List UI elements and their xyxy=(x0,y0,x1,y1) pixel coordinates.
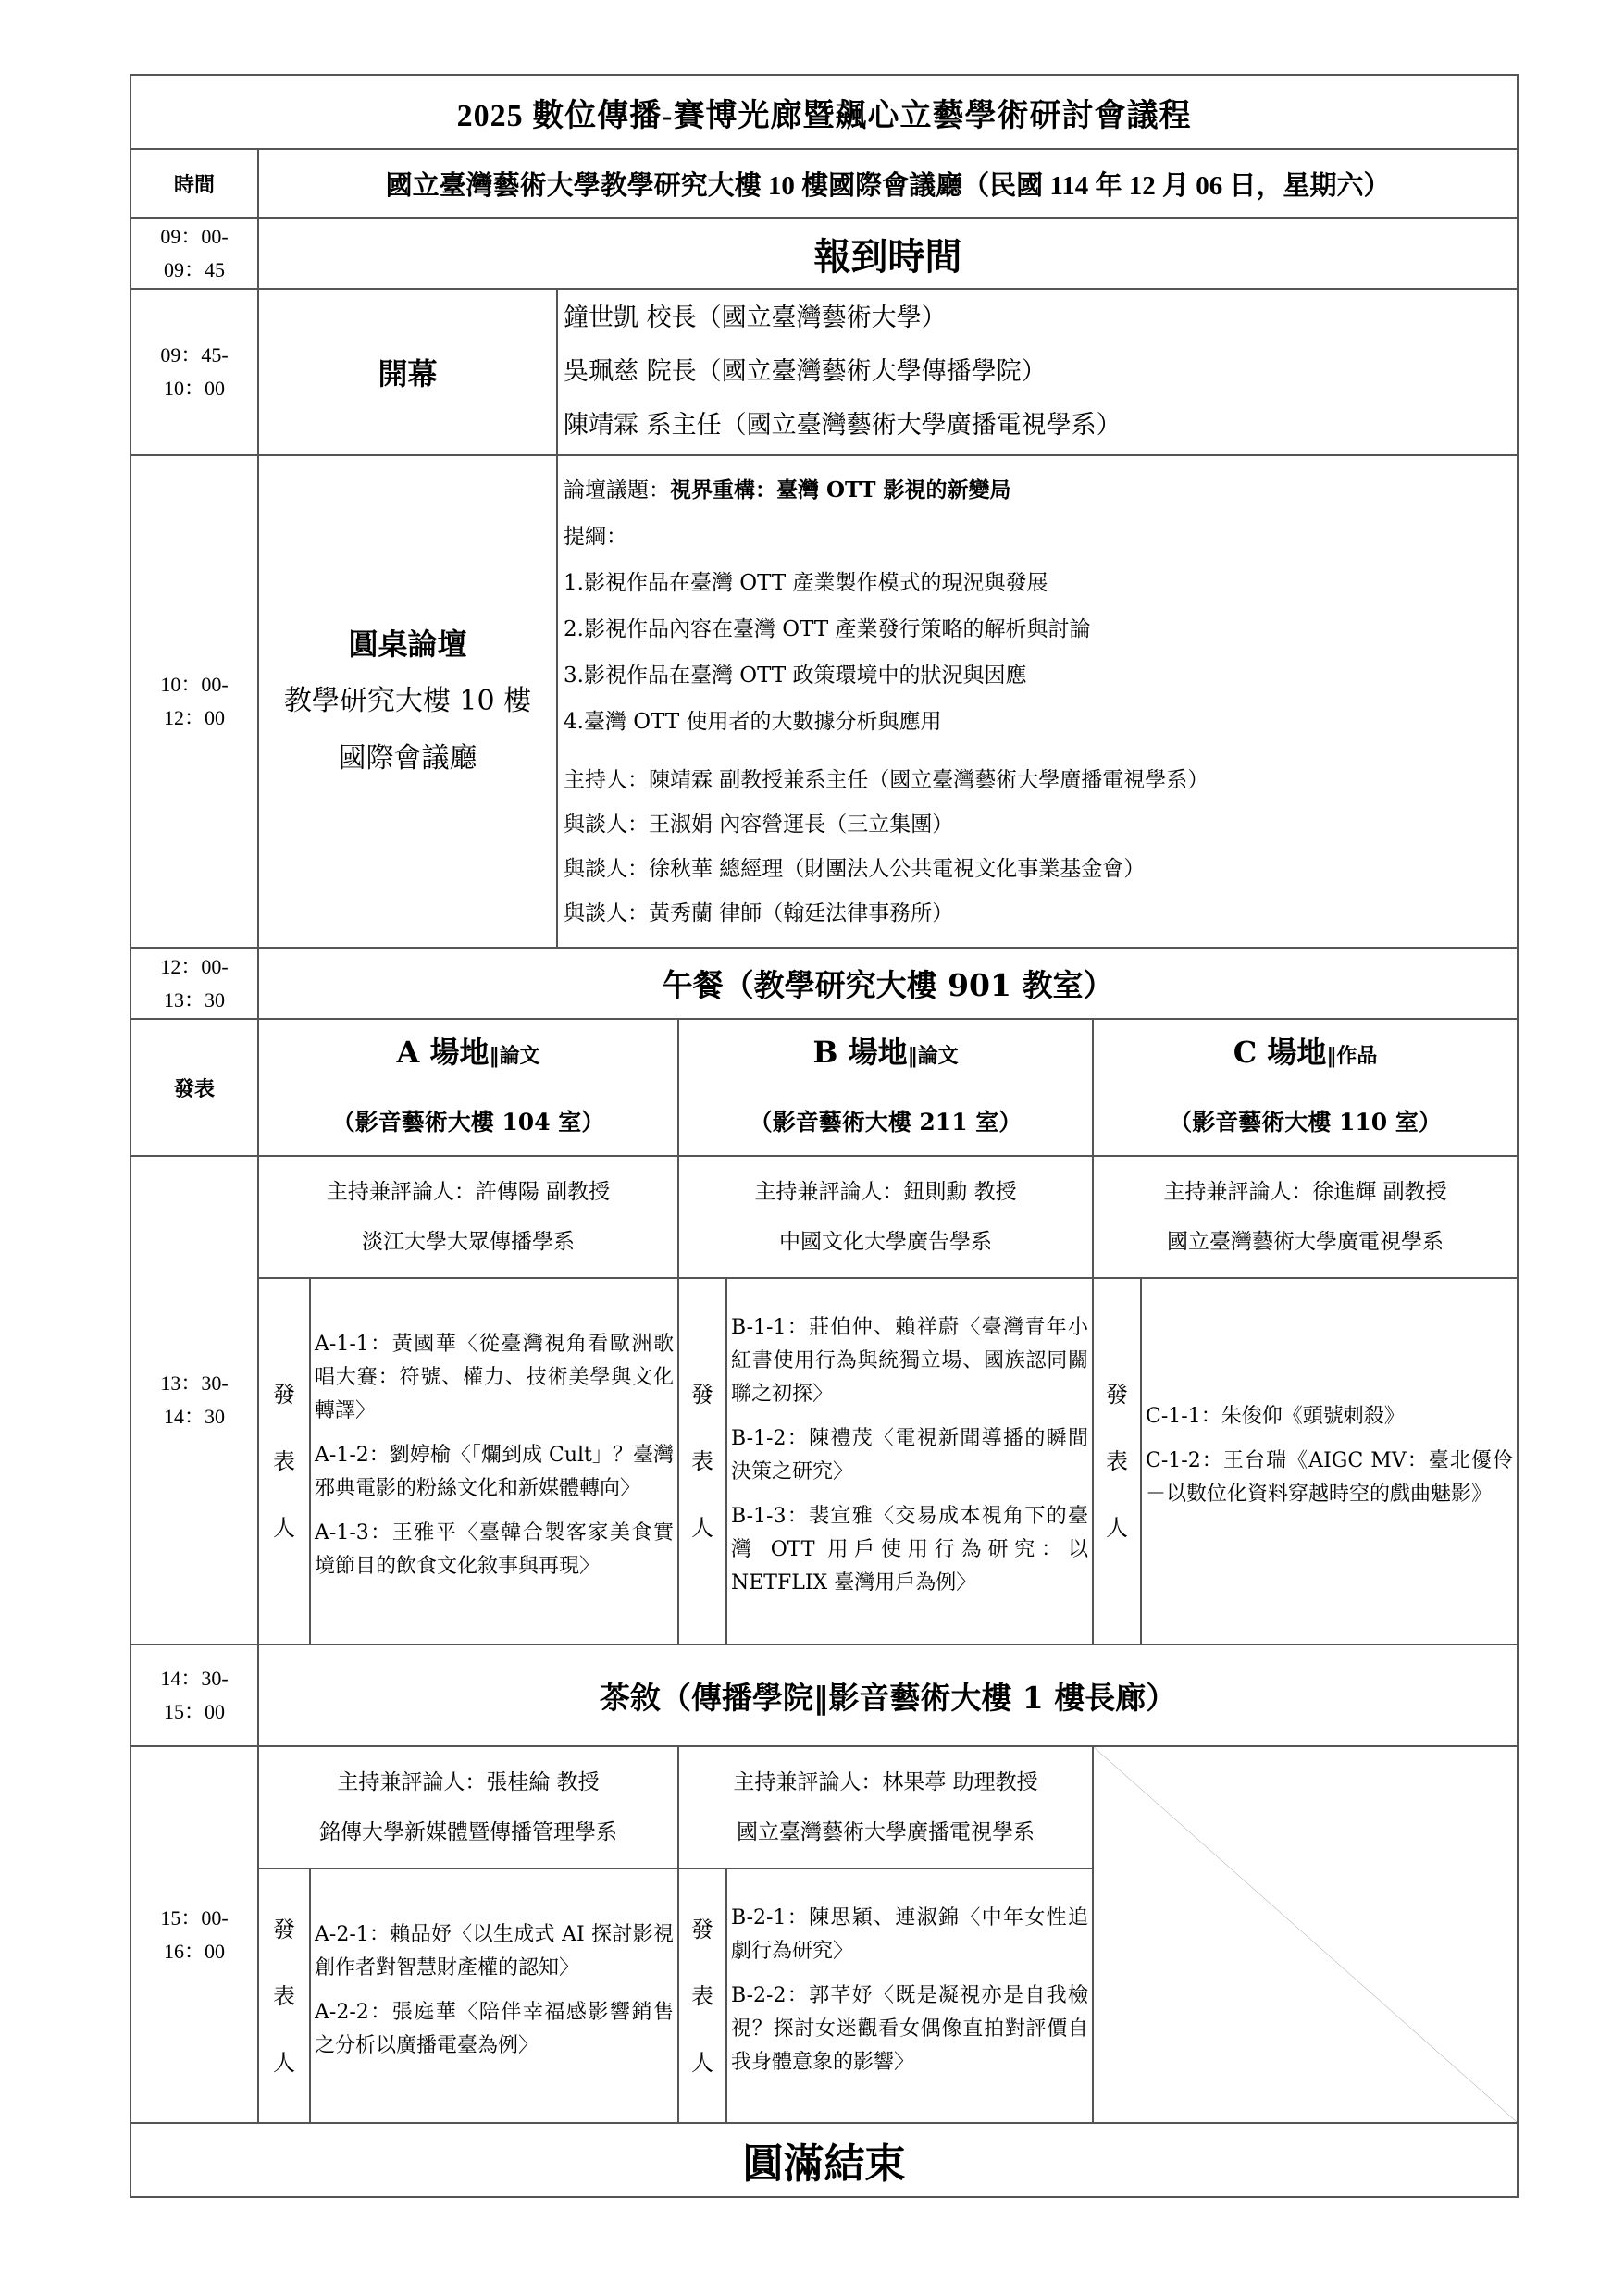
venue-a-header: A 場地‖論文 （影音藝術大樓 104 室） xyxy=(258,1019,678,1156)
venue-c-header: C 場地‖作品 （影音藝術大樓 110 室） xyxy=(1093,1019,1518,1156)
moderator-affiliation: 中國文化大學廣告學系 xyxy=(679,1217,1092,1267)
speaker-line: 吳珮慈 院長（國立臺灣藝術大學傳播學院） xyxy=(564,345,1517,399)
forum-person: 主持人：陳靖霖 副教授兼系主任（國立臺灣藝術大學廣播電視學系） xyxy=(564,758,1511,802)
outline-item: 1.影視作品在臺灣 OTT 產業製作模式的現況與發展 xyxy=(564,560,1511,606)
forum-person: 與談人：王淑娟 內容營運長（三立集團） xyxy=(564,802,1511,847)
topic-text: 視界重構：臺灣 OTT 影視的新變局 xyxy=(670,478,1010,503)
time-end: 15：00 xyxy=(131,1695,257,1729)
session1-moderator-a: 主持兼評論人：許傳陽 副教授 淡江大學大眾傳播學系 xyxy=(258,1156,678,1278)
paper-item: A-2-1：賴品妤〈以生成式 AI 探討影視創作者對智慧財產權的認知〉 xyxy=(315,1918,674,1985)
presenter-label-b: 發 表 人 xyxy=(678,1278,726,1644)
presenter-char: 人 xyxy=(679,1495,725,1561)
tea-time: 14：30- 15：00 xyxy=(130,1644,258,1746)
venue-b-header: B 場地‖論文 （影音藝術大樓 211 室） xyxy=(678,1019,1093,1156)
presenter-label-a: 發 表 人 xyxy=(258,1278,310,1644)
moderator-name: 主持兼評論人：鈕則勳 教授 xyxy=(679,1167,1092,1217)
presenter-char: 表 xyxy=(259,1963,309,2029)
moderator-name: 主持兼評論人：林果葶 助理教授 xyxy=(679,1757,1092,1807)
presenter-char: 人 xyxy=(679,2029,725,2096)
venue-name: C 場地 xyxy=(1233,1035,1327,1070)
time-start: 09：45- xyxy=(131,339,257,372)
roundtable-label: 圓桌論壇 xyxy=(259,615,556,673)
venue-type: 論文 xyxy=(918,1044,959,1068)
time-start: 09：00- xyxy=(131,220,257,254)
session1-moderator-c: 主持兼評論人：徐進輝 副教授 國立臺灣藝術大學廣電視學系 xyxy=(1093,1156,1518,1278)
lunch-time: 12：00- 13：30 xyxy=(130,948,258,1019)
moderator-name: 主持兼評論人：徐進輝 副教授 xyxy=(1094,1167,1517,1217)
moderator-name: 主持兼評論人：許傳陽 副教授 xyxy=(259,1167,677,1217)
paper-item: B-1-3：裴宣雅〈交易成本視角下的臺灣 OTT 用戶使用行為研究：以 NETF… xyxy=(731,1500,1088,1600)
work-item: C-1-2：王台瑞《AIGC MV：臺北優伶－以數位化資料穿越時空的戲曲魅影》 xyxy=(1146,1445,1513,1511)
presenter-char: 表 xyxy=(679,1428,725,1495)
forum-person: 與談人：徐秋華 總經理（財團法人公共電視文化事業基金會） xyxy=(564,847,1511,891)
topic-prefix: 論壇議題： xyxy=(564,478,670,503)
paper-item: B-2-1：陳思穎、連淑錦〈中年女性追劇行為研究〉 xyxy=(731,1902,1088,1968)
session2-time: 15：00- 16：00 xyxy=(130,1746,258,2123)
presenter-char: 表 xyxy=(1094,1428,1140,1495)
speaker-line: 鐘世凱 校長（國立臺灣藝術大學） xyxy=(564,292,1517,345)
venue-name: A 場地 xyxy=(397,1035,490,1070)
paper-item: A-1-2：劉婷榆〈「爛到成 Cult」？臺灣邪典電影的粉絲文化和新媒體轉向〉 xyxy=(315,1439,674,1506)
roundtable-details: 論壇議題：視界重構：臺灣 OTT 影視的新變局 提綱： 1.影視作品在臺灣 OT… xyxy=(557,455,1518,948)
lunch-label: 午餐（教學研究大樓 901 教室） xyxy=(258,948,1518,1019)
roundtable-location-line2: 國際會議廳 xyxy=(259,730,556,788)
outline-item: 3.影視作品在臺灣 OTT 政策環境中的狀況與因應 xyxy=(564,652,1511,699)
paper-item: B-1-1：莊伯仲、賴祥蔚〈臺灣青年小紅書使用行為與統獨立場、國族認同關聯之初探… xyxy=(731,1311,1088,1411)
time-end: 13：30 xyxy=(131,984,257,1017)
agenda-table: 2025 數位傳播-賽博光廊暨飆心立藝學術研討會議程 時間 國立臺灣藝術大學教學… xyxy=(130,74,1519,2198)
venue-room: （影音藝術大樓 110 室） xyxy=(1094,1090,1517,1155)
venue-separator: ‖ xyxy=(489,1044,499,1068)
time-start: 14：30- xyxy=(131,1662,257,1695)
presenter-char: 發 xyxy=(259,1361,309,1428)
session2-moderator-b: 主持兼評論人：林果葶 助理教授 國立臺灣藝術大學廣播電視學系 xyxy=(678,1746,1093,1868)
work-item: C-1-1：朱俊仰《頭號刺殺》 xyxy=(1146,1400,1513,1433)
paper-item: B-1-2：陳禮茂〈電視新聞導播的瞬間決策之研究〉 xyxy=(731,1422,1088,1489)
outline-label: 提綱： xyxy=(564,514,1511,560)
venue-room: （影音藝術大樓 211 室） xyxy=(679,1090,1092,1155)
time-end: 16：00 xyxy=(131,1935,257,1968)
speaker-line: 陳靖霖 系主任（國立臺灣藝術大學廣播電視學系） xyxy=(564,399,1517,453)
forum-topic: 論壇議題：視界重構：臺灣 OTT 影視的新變局 xyxy=(564,467,1511,514)
session1-papers-c: C-1-1：朱俊仰《頭號刺殺》 C-1-2：王台瑞《AIGC MV：臺北優伶－以… xyxy=(1141,1278,1518,1644)
opening-speakers: 鐘世凱 校長（國立臺灣藝術大學） 吳珮慈 院長（國立臺灣藝術大學傳播學院） 陳靖… xyxy=(557,289,1518,455)
spacer xyxy=(564,745,1511,758)
time-column-header: 時間 xyxy=(130,149,258,218)
time-end: 12：00 xyxy=(131,701,257,735)
presenter-char: 發 xyxy=(679,1896,725,1963)
session2-papers-b: B-2-1：陳思穎、連淑錦〈中年女性追劇行為研究〉 B-2-2：郭芊妤〈既是凝視… xyxy=(726,1868,1093,2123)
session1-papers-a: A-1-1：黃國華〈從臺灣視角看歐洲歌唱大賽：符號、權力、技術美學與文化轉譯〉 … xyxy=(310,1278,678,1644)
venue-separator: ‖ xyxy=(908,1044,918,1068)
presenter-char: 表 xyxy=(679,1963,725,2029)
moderator-affiliation: 國立臺灣藝術大學廣電視學系 xyxy=(1094,1217,1517,1267)
registration-label: 報到時間 xyxy=(258,218,1518,289)
presenter-label-c: 發 表 人 xyxy=(1093,1278,1141,1644)
presenter-char: 發 xyxy=(679,1361,725,1428)
moderator-affiliation: 國立臺灣藝術大學廣播電視學系 xyxy=(679,1807,1092,1857)
venue-type: 論文 xyxy=(499,1044,539,1068)
session2-papers-a: A-2-1：賴品妤〈以生成式 AI 探討影視創作者對智慧財產權的認知〉 A-2-… xyxy=(310,1868,678,2123)
diagonal-line xyxy=(1094,1747,1517,2122)
outline-item: 2.影視作品內容在臺灣 OTT 產業發行策略的解析與討論 xyxy=(564,606,1511,652)
venue-separator: ‖ xyxy=(1326,1044,1336,1068)
agenda-sheet: 2025 數位傳播-賽博光廊暨飆心立藝學術研討會議程 時間 國立臺灣藝術大學教學… xyxy=(130,74,1517,2198)
time-end: 14：30 xyxy=(131,1400,257,1433)
roundtable-location-line1: 教學研究大樓 10 樓 xyxy=(259,673,556,730)
moderator-affiliation: 銘傳大學新媒體暨傳播管理學系 xyxy=(259,1807,677,1857)
session1-papers-b: B-1-1：莊伯仲、賴祥蔚〈臺灣青年小紅書使用行為與統獨立場、國族認同關聯之初探… xyxy=(726,1278,1093,1644)
time-start: 15：00- xyxy=(131,1902,257,1935)
presentations-label: 發表 xyxy=(130,1019,258,1156)
venue-room: （影音藝術大樓 104 室） xyxy=(259,1090,677,1155)
registration-time: 09：00- 09：45 xyxy=(130,218,258,289)
empty-venue-c-cell xyxy=(1093,1746,1518,2123)
session1-time: 13：30- 14：30 xyxy=(130,1156,258,1644)
paper-item: A-2-2：張庭華〈陪伴幸福感影響銷售之分析以廣播電臺為例〉 xyxy=(315,1996,674,2063)
presenter-char: 人 xyxy=(259,2029,309,2096)
presenter-char: 表 xyxy=(259,1428,309,1495)
paper-item: B-2-2：郭芊妤〈既是凝視亦是自我檢視？探討女迷觀看女偶像直拍對評價自我身體意… xyxy=(731,1980,1088,2079)
paper-item: A-1-3：王雅平〈臺韓合製客家美食實境節目的飲食文化敘事與再現〉 xyxy=(315,1517,674,1583)
time-start: 12：00- xyxy=(131,950,257,984)
time-end: 10：00 xyxy=(131,372,257,405)
presenter-label-b: 發 表 人 xyxy=(678,1868,726,2123)
moderator-name: 主持兼評論人：張桂綸 教授 xyxy=(259,1757,677,1807)
roundtable-label-cell: 圓桌論壇 教學研究大樓 10 樓 國際會議廳 xyxy=(258,455,557,948)
presenter-label-a: 發 表 人 xyxy=(258,1868,310,2123)
roundtable-time: 10：00- 12：00 xyxy=(130,455,258,948)
venue-name: B 場地 xyxy=(812,1035,907,1070)
session2-moderator-a: 主持兼評論人：張桂綸 教授 銘傳大學新媒體暨傳播管理學系 xyxy=(258,1746,678,1868)
time-start: 10：00- xyxy=(131,668,257,701)
outline-item: 4.臺灣 OTT 使用者的大數據分析與應用 xyxy=(564,699,1511,745)
paper-item: A-1-1：黃國華〈從臺灣視角看歐洲歌唱大賽：符號、權力、技術美學與文化轉譯〉 xyxy=(315,1328,674,1428)
closing-label: 圓滿結束 xyxy=(130,2123,1518,2197)
page-title: 2025 數位傳播-賽博光廊暨飆心立藝學術研討會議程 xyxy=(130,75,1518,149)
time-end: 09：45 xyxy=(131,254,257,287)
presenter-char: 人 xyxy=(1094,1495,1140,1561)
venue-date-header: 國立臺灣藝術大學教學研究大樓 10 樓國際會議廳（民國 114 年 12 月 0… xyxy=(258,149,1518,218)
tea-label: 茶敘（傳播學院‖影音藝術大樓 1 樓長廊） xyxy=(258,1644,1518,1746)
forum-person: 與談人：黃秀蘭 律師（翰廷法律事務所） xyxy=(564,891,1511,936)
opening-time: 09：45- 10：00 xyxy=(130,289,258,455)
venue-type: 作品 xyxy=(1336,1044,1377,1068)
presenter-char: 人 xyxy=(259,1495,309,1561)
presenter-char: 發 xyxy=(259,1896,309,1963)
presenter-char: 發 xyxy=(1094,1361,1140,1428)
opening-label: 開幕 xyxy=(258,289,557,455)
time-start: 13：30- xyxy=(131,1367,257,1400)
moderator-affiliation: 淡江大學大眾傳播學系 xyxy=(259,1217,677,1267)
session1-moderator-b: 主持兼評論人：鈕則勳 教授 中國文化大學廣告學系 xyxy=(678,1156,1093,1278)
